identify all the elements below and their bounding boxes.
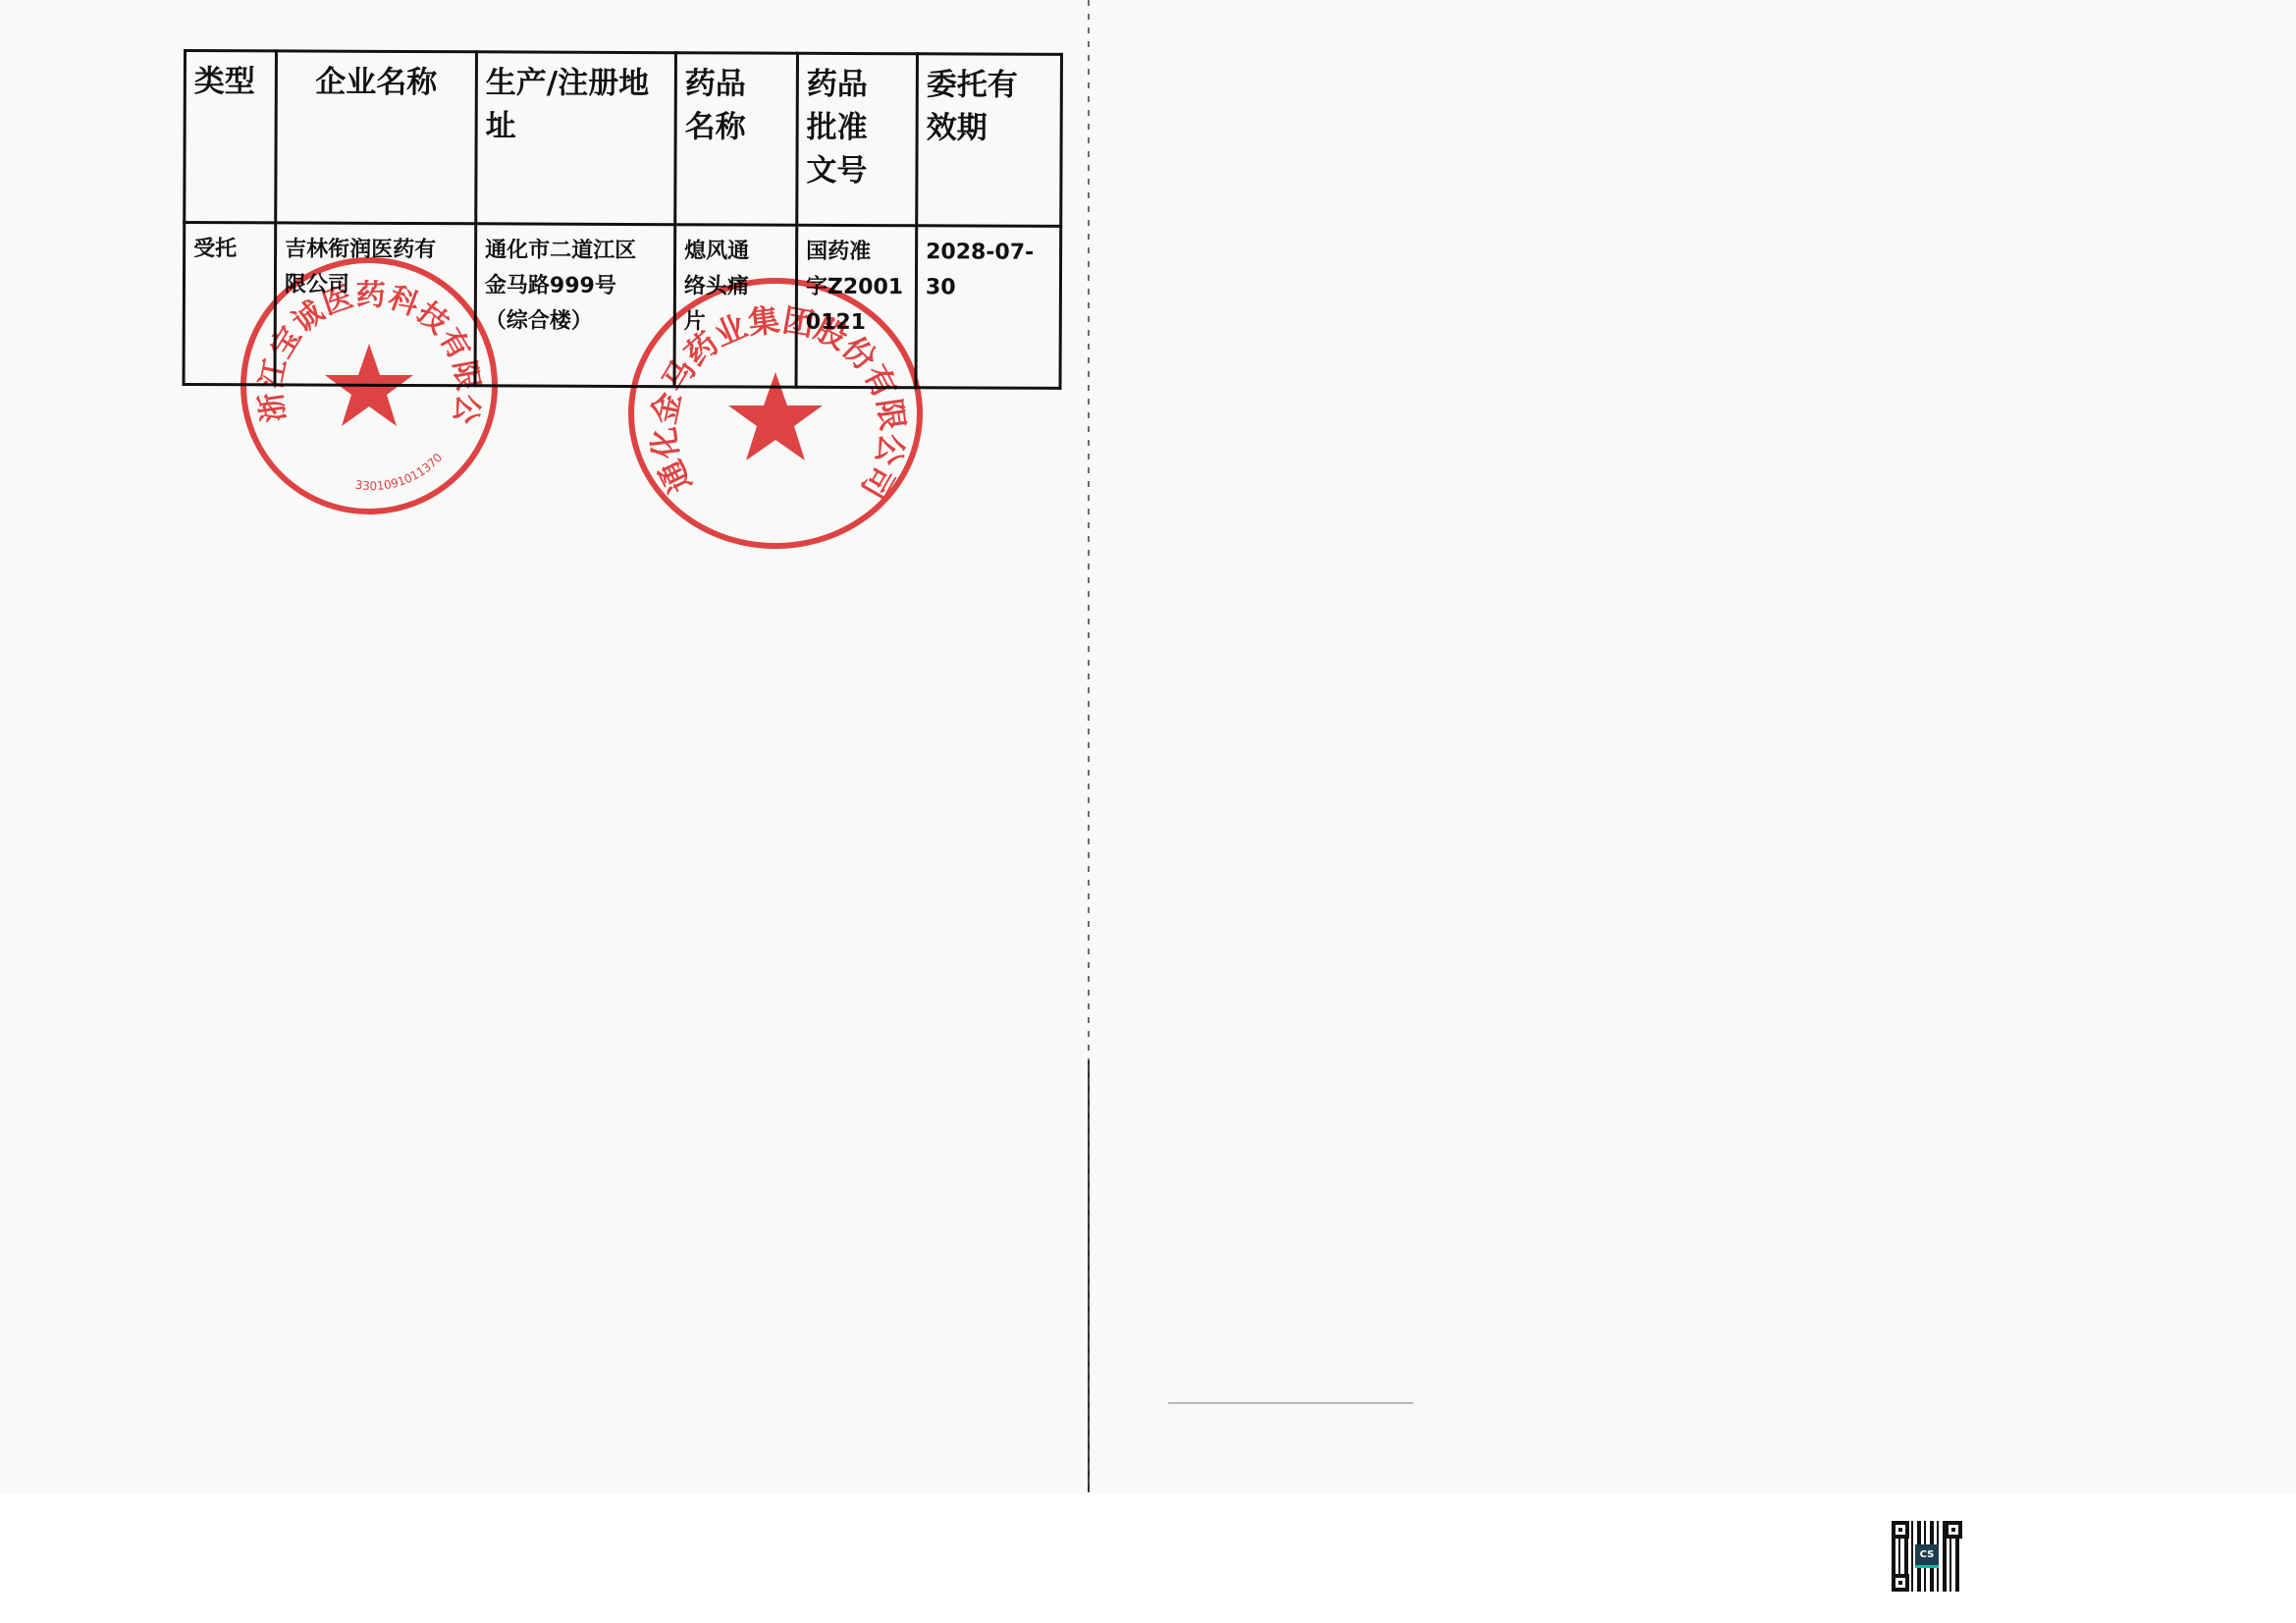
table-header-row: 类型 企业名称 生产/注册地 址 药品 名称 药品 批准 文号 — [185, 51, 1062, 227]
header-address: 生产/注册地 址 — [476, 52, 676, 225]
header-validity: 委托有 效期 — [917, 54, 1062, 227]
svg-text:3301091011370: 3301091011370 — [354, 451, 445, 493]
star-icon — [728, 372, 823, 460]
company-seal-2: 通化金马药业集团股份有限公司 — [628, 278, 923, 549]
cell-validity: 2028-07- 30 — [916, 226, 1061, 389]
camscanner-logo-icon: CS — [1915, 1544, 1939, 1568]
header-type: 类型 — [185, 51, 277, 223]
company-seal-1: 浙江宝诚医药科技有限公司 3301091011370 — [240, 257, 498, 514]
header-drug-name: 药品 名称 — [675, 53, 798, 226]
qr-code: CS — [1892, 1521, 1962, 1592]
scan-smudge — [1168, 1402, 1414, 1404]
seal-1-code: 3301091011370 — [354, 451, 445, 493]
page-fold-line-lower — [1088, 1060, 1090, 1492]
scanned-page: 类型 企业名称 生产/注册地 址 药品 名称 药品 批准 文号 — [0, 0, 2296, 1494]
star-icon — [325, 344, 413, 426]
header-company-name: 企业名称 — [276, 51, 477, 224]
header-approval-number: 药品 批准 文号 — [797, 53, 918, 226]
seal-graphic: 通化金马药业集团股份有限公司 — [634, 284, 917, 543]
seal-graphic: 浙江宝诚医药科技有限公司 3301091011370 — [246, 263, 492, 509]
